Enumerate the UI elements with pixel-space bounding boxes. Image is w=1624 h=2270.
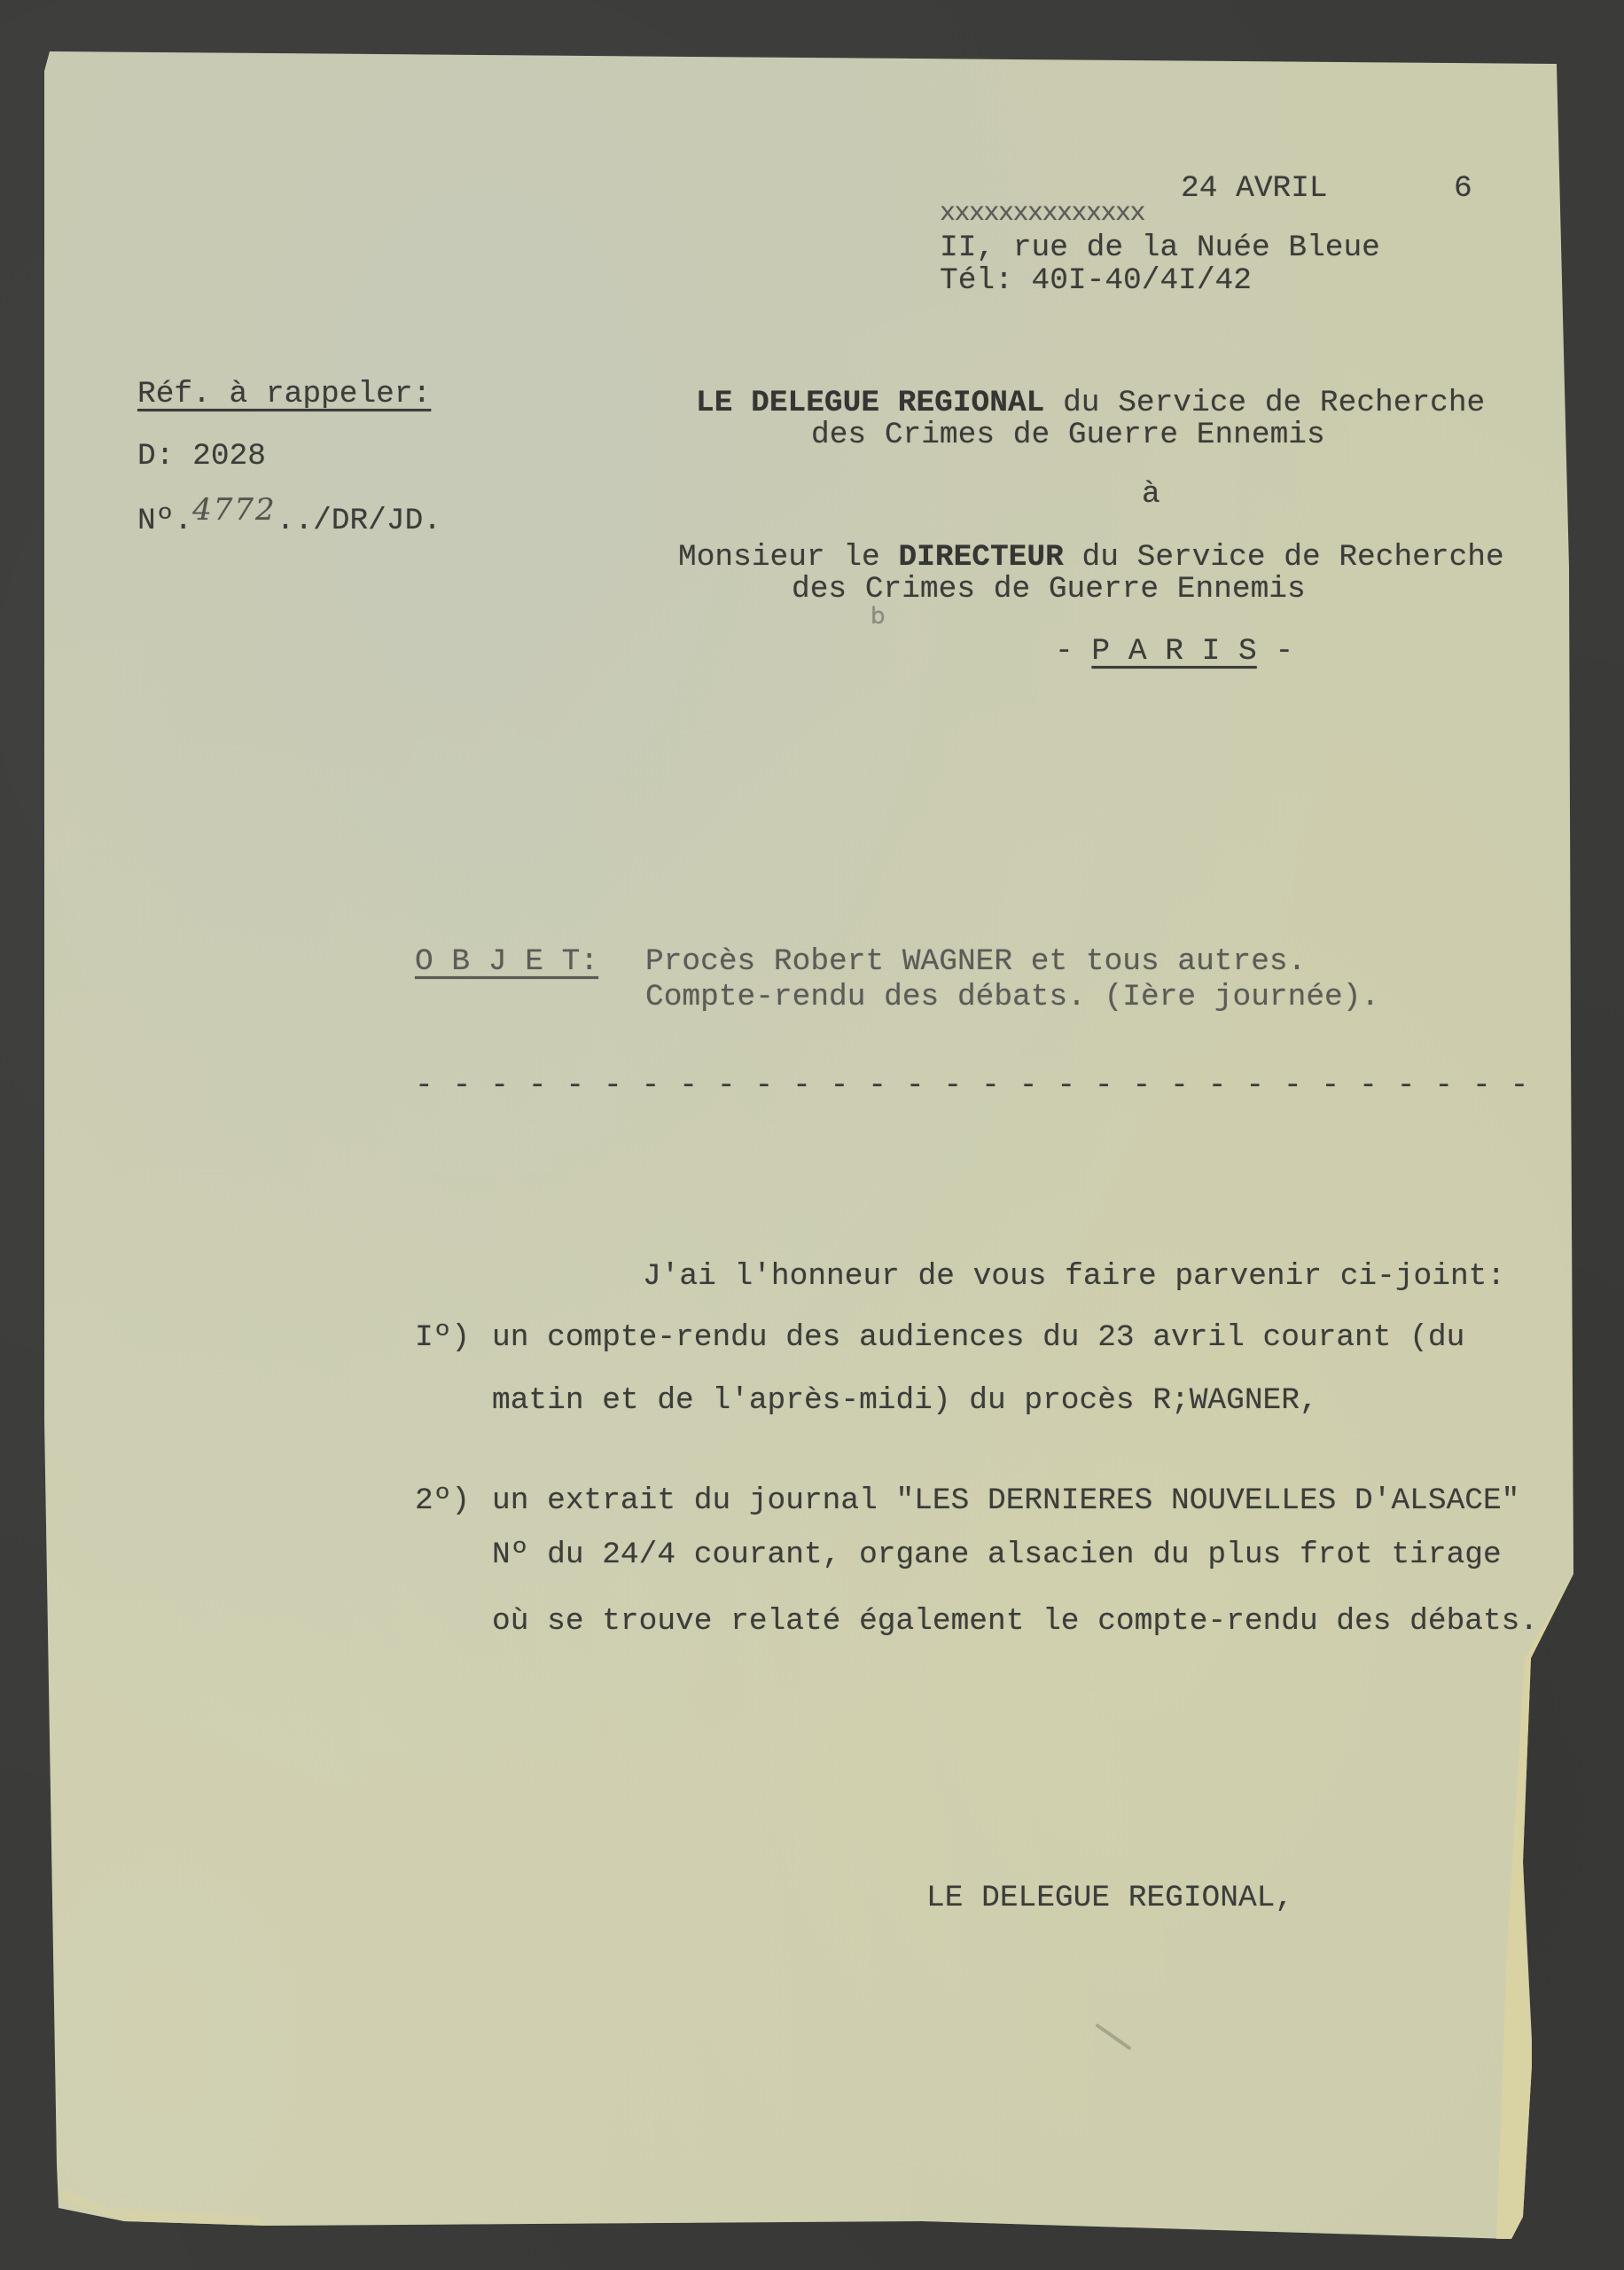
subject-label: O B J E T: [415, 947, 598, 978]
recipient-title: DIRECTEUR [898, 540, 1063, 575]
document-paper [0, 0, 1624, 2270]
reference-label: Réf. à rappeler: [137, 380, 431, 411]
letter-date: 24 AVRIL [1181, 174, 1328, 205]
subject-line-1: Procès Robert WAGNER et tous autres. [645, 947, 1306, 978]
sender-address: II, rue de la Nuée Bleue [940, 233, 1380, 264]
item-1-line-1: un compte-rendu des audiences du 23 avri… [492, 1323, 1464, 1354]
item-2-line-2: Nº du 24/4 courant, organe alsacien du p… [492, 1540, 1502, 1571]
dash-left: - [1055, 634, 1091, 669]
dashed-separator: - - - - - - - - - - - - - - - - - - - - … [415, 1071, 1529, 1102]
recipient-line-1: Monsieur le DIRECTEUR du Service de Rech… [678, 543, 1504, 574]
item-1-marker: Iº) [415, 1323, 470, 1354]
item-2-marker: 2º) [415, 1486, 470, 1517]
recipient-salutation: Monsieur le [678, 540, 898, 575]
signature-title: LE DELEGUE REGIONAL, [926, 1883, 1293, 1914]
subject-line-2: Compte-rendu des débats. (Ière journée). [645, 982, 1379, 1014]
body-intro: J'ai l'honneur de vous faire parvenir ci… [643, 1262, 1505, 1293]
struck-out-line: xxxxxxxxxxxxxx [940, 200, 1144, 227]
number-suffix: ../DR/JD. [277, 504, 441, 538]
sender-title: LE DELEGUE REGIONAL [696, 386, 1044, 420]
dash-right: - [1257, 634, 1293, 669]
sender-line-2: des Crimes de Guerre Ennemis [811, 420, 1325, 451]
stray-mark: b [871, 605, 886, 628]
item-2-line-3: où se trouve relaté également le compte-… [492, 1607, 1538, 1638]
sender-line-1: LE DELEGUE REGIONAL du Service de Recher… [696, 388, 1485, 419]
city-name: P A R I S [1091, 634, 1256, 669]
item-1-line-2: matin et de l'après-midi) du procès R;WA… [492, 1386, 1318, 1417]
recipient-city: - P A R I S - [1055, 637, 1293, 668]
item-2-line-1: un extrait du journal "LES DERNIERES NOU… [492, 1486, 1519, 1517]
recipient-line-2: des Crimes de Guerre Ennemis [792, 575, 1306, 606]
handwritten-number: 4772 [192, 492, 277, 528]
recipient-service: du Service de Recherche [1064, 540, 1504, 575]
number-prefix: Nº. [137, 504, 192, 538]
to-word: à [1142, 480, 1160, 511]
sender-telephone: Tél: 40I-40/4I/42 [940, 266, 1252, 297]
page-number: 6 [1454, 174, 1472, 205]
reference-number: Nº.4772../DR/JD. [137, 504, 441, 537]
dossier-number: D: 2028 [137, 442, 266, 473]
sender-service: du Service de Recherche [1044, 386, 1485, 420]
